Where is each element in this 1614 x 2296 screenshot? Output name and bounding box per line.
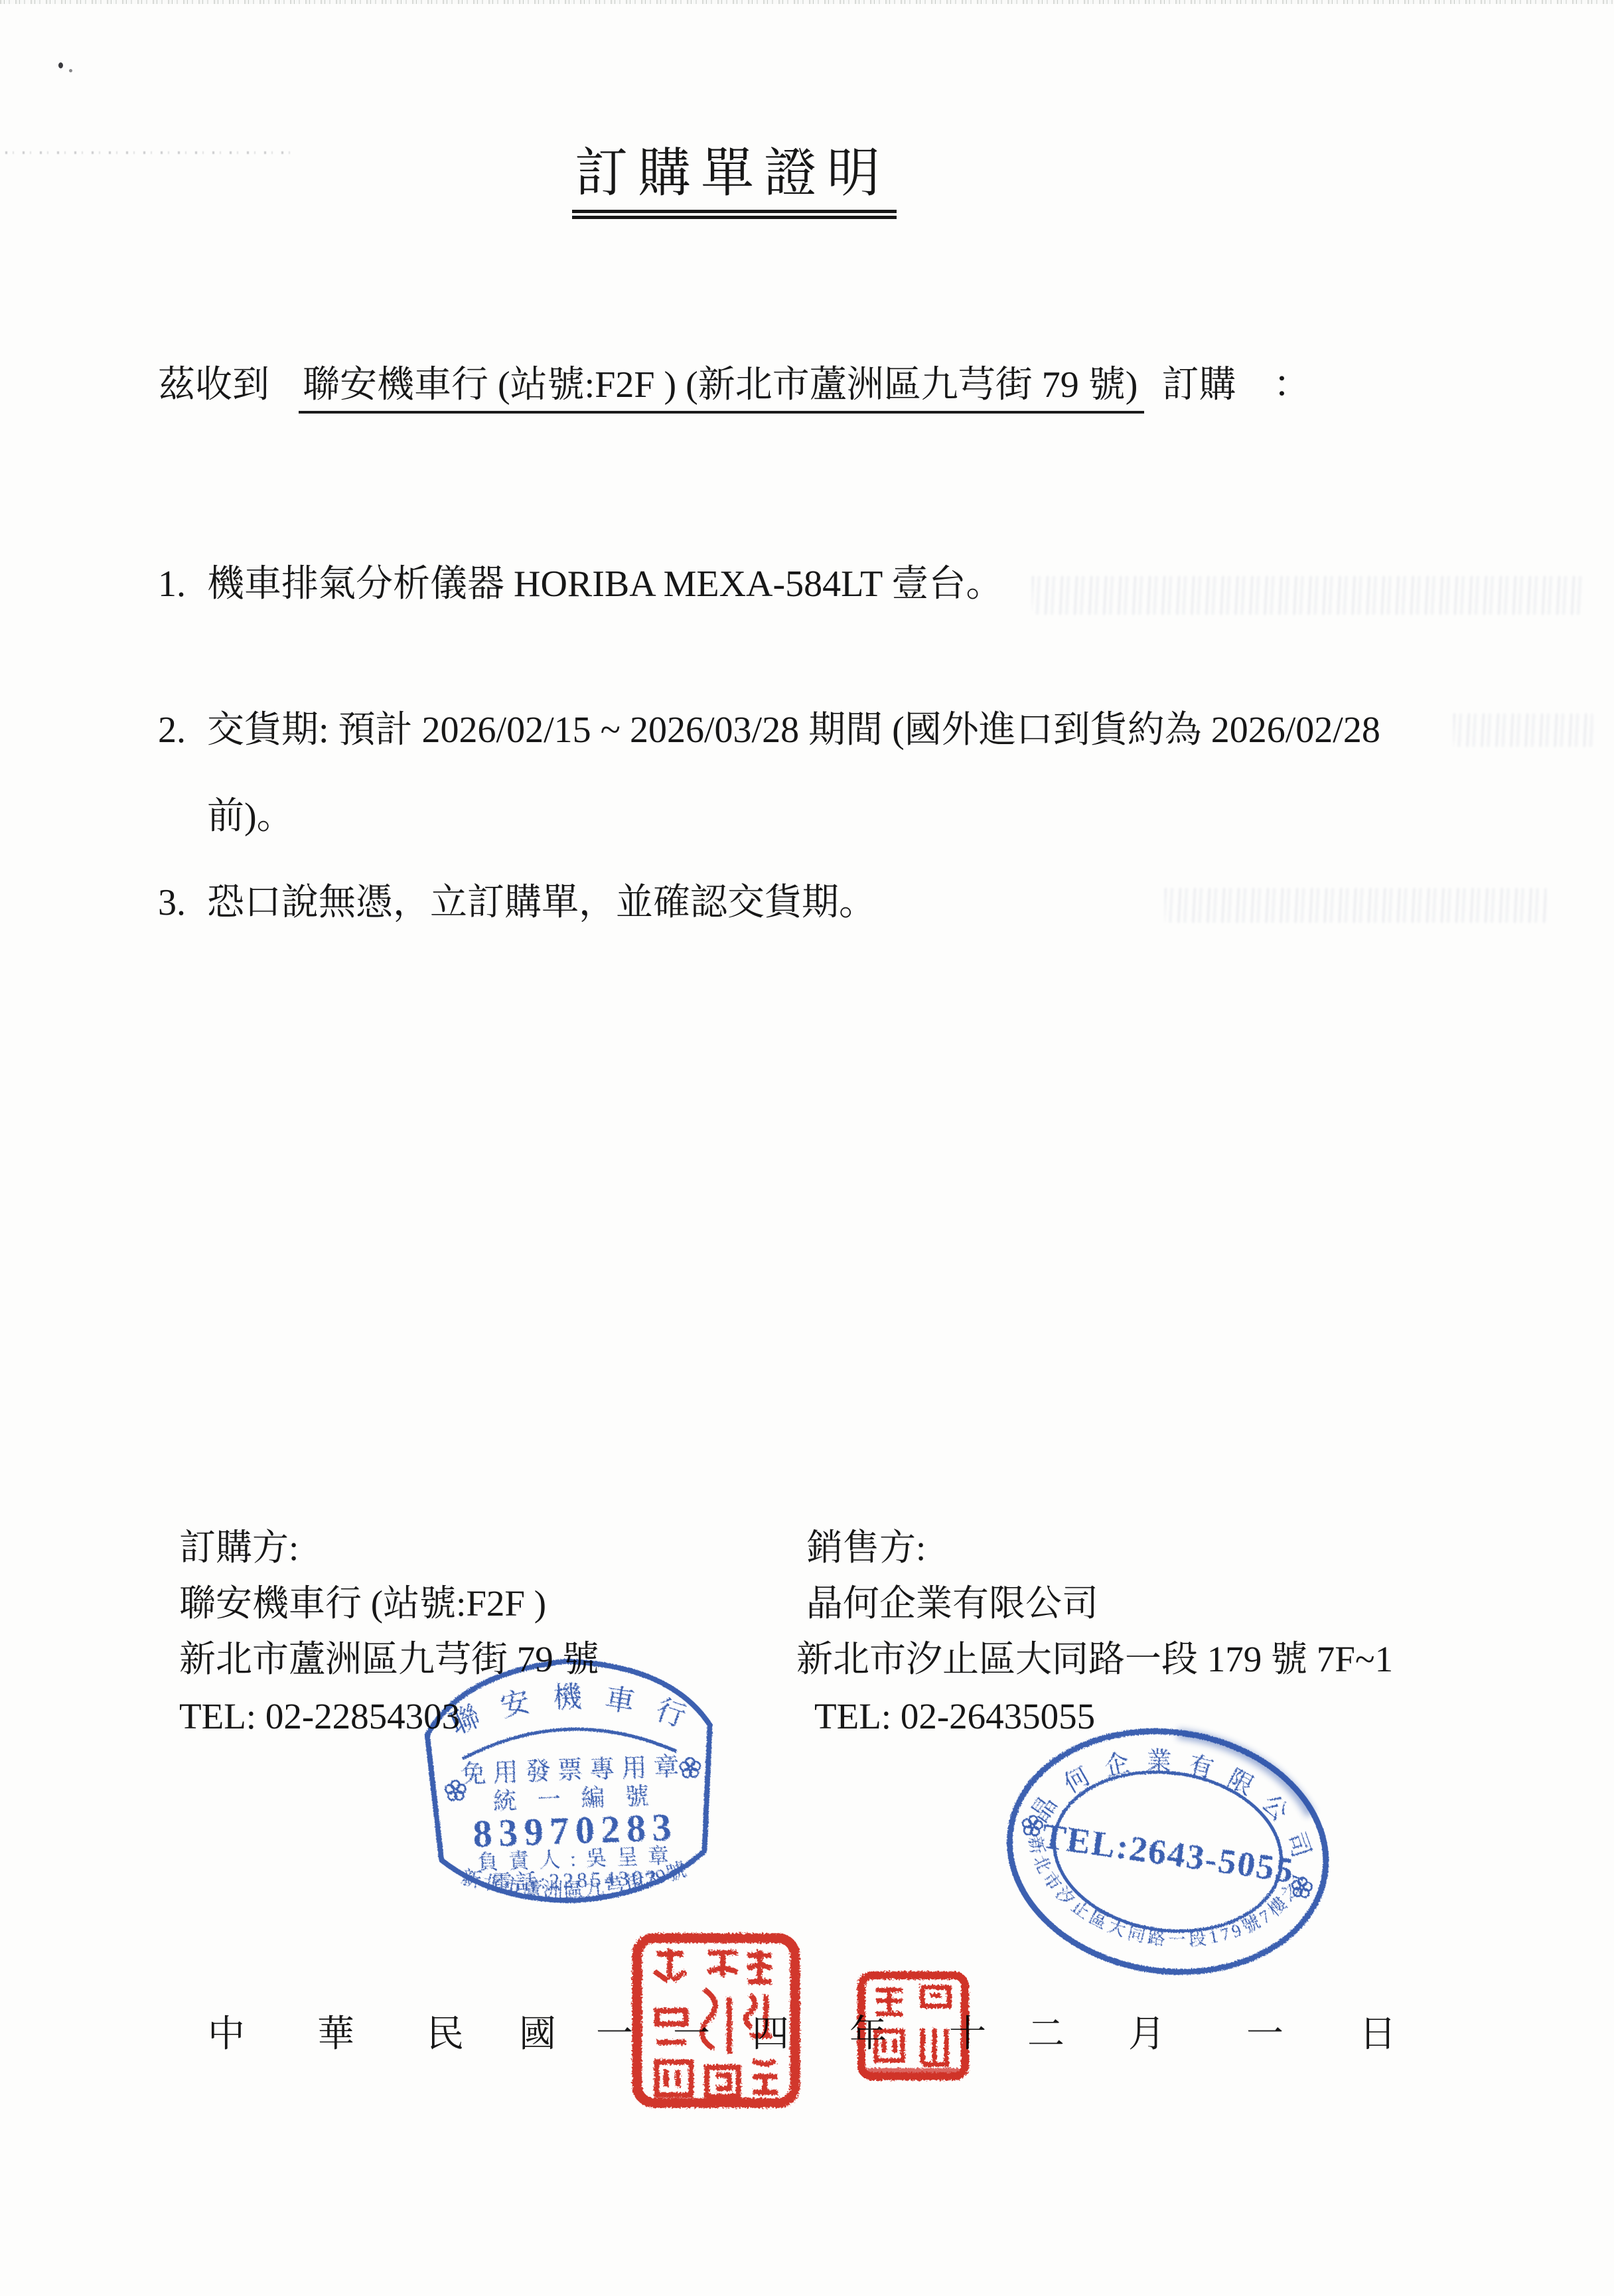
date-char: 日 (1359, 2005, 1396, 2058)
roc-date-line: 中 華 民 國 一 一 四 年 十 二 月 一 日 (0, 2005, 1614, 2051)
item-text: 機車排氣分析儀器 HORIBA MEXA-584LT 壹台。 (207, 564, 1003, 605)
plum-blossom-icon (680, 1758, 701, 1778)
intro-suffix: 訂購 ： (1161, 364, 1310, 406)
intro-buyer-underlined: 聯安機車行 (站號:F2F ) (新北市蘆洲區九芎街 79 號) (299, 364, 1144, 414)
seller-label: 銷售方: (806, 1528, 926, 1569)
list-item: 1.機車排氣分析儀器 HORIBA MEXA-584LT 壹台。 (158, 563, 1003, 605)
scan-edge-noise (0, 0, 1614, 4)
date-char: 一 (596, 2005, 633, 2058)
intro-line: 茲收到聯安機車行 (站號:F2F ) (新北市蘆洲區九芎街 79 號)訂購 ： (158, 364, 1310, 406)
list-item: 2.交貨期: 預計 2026/02/15 ~ 2026/03/28 期間 (國外… (158, 709, 1380, 751)
date-char: 華 (317, 2005, 354, 2058)
scan-speck (58, 62, 63, 68)
ghost-print-artifact (1032, 576, 1583, 615)
date-char: 中 (208, 2005, 245, 2058)
item-text: 恐口說無憑，立訂購單，並確認交貨期。 (207, 882, 876, 923)
date-char: 民 (427, 2005, 464, 2058)
seller-name: 晶何企業有限公司 (806, 1584, 1098, 1624)
intro-prefix: 茲收到 (158, 364, 269, 406)
date-char: 二 (1027, 2005, 1064, 2058)
seller-address: 新北市汐止區大同路一段 179 號 7F~1 (796, 1640, 1393, 1680)
item-number: 2. (158, 709, 207, 751)
date-char: 一 (1246, 2005, 1284, 2058)
seal-script-glyphs (654, 1949, 778, 2096)
item-text: 交貨期: 預計 2026/02/15 ~ 2026/03/28 期間 (國外進口… (207, 710, 1380, 751)
seal-script-glyphs (876, 1987, 949, 2064)
page-title: 訂購單證明 (572, 145, 897, 219)
list-item: 3.恐口說無憑，立訂購單，並確認交貨期。 (158, 881, 876, 924)
company-red-seal (630, 1932, 802, 2109)
buyer-label: 訂購方: (179, 1528, 299, 1569)
item-number: 3. (158, 881, 207, 924)
ghost-print-artifact (1453, 714, 1593, 747)
seller-company-stamp: 晶何企業有限公司 TEL:2643-5055 新北市汐止區大同路一段179號7樓… (979, 1689, 1357, 2016)
scan-speck (69, 69, 72, 72)
buyer-name: 聯安機車行 (站號:F2F ) (179, 1584, 546, 1624)
scan-smudge (5, 151, 291, 154)
ghost-print-artifact (1165, 888, 1546, 923)
item-number: 1. (158, 563, 207, 605)
stamp-tel-center: TEL:2643-5055 (1039, 1815, 1295, 1890)
date-char: 月 (1128, 2005, 1165, 2058)
owner-name-red-seal (856, 1970, 970, 2082)
list-item-continuation: 前)。 (207, 795, 294, 838)
date-char: 國 (519, 2005, 556, 2058)
buyer-invoice-exempt-stamp: 聯安機車行 免用發票專用章 統一編號 83970283 負責人:吳呈章 電話:2… (400, 1624, 741, 1922)
purchase-order-certificate-page: 訂購單證明 茲收到聯安機車行 (站號:F2F ) (新北市蘆洲區九芎街 79 號… (0, 0, 1614, 2296)
